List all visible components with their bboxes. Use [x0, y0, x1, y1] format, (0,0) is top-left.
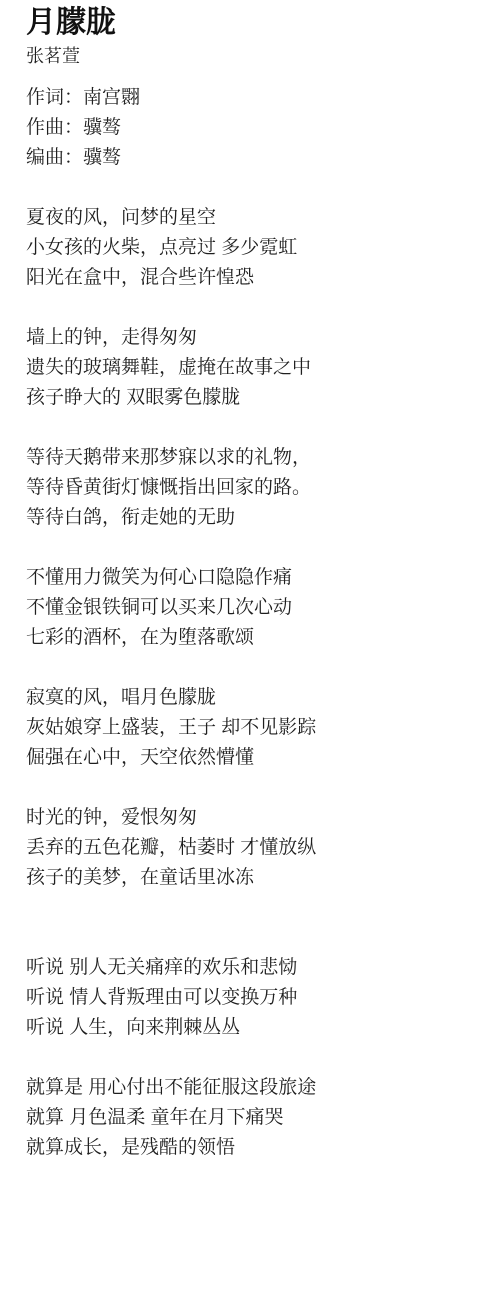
lyric-line: 等待白鸽，衔走她的无助 [26, 503, 480, 533]
verse-8: 就算是 用心付出不能征服这段旅途 就算 月色温柔 童年在月下痛哭 就算成长，是残… [26, 1073, 480, 1163]
lyric-line: 七彩的酒杯，在为堕落歌颂 [26, 623, 480, 653]
lyric-line: 孩子的美梦，在童话里冰冻 [26, 863, 480, 893]
lyric-line: 丢弃的五色花瓣，枯萎时 才懂放纵 [26, 833, 480, 863]
verse-4: 不懂用力微笑为何心口隐隐作痛 不懂金银铁铜可以买来几次心动 七彩的酒杯，在为堕落… [26, 563, 480, 653]
lyric-line: 不懂用力微笑为何心口隐隐作痛 [26, 563, 480, 593]
lyric-line: 墙上的钟，走得匆匆 [26, 323, 480, 353]
lyric-line: 就算是 用心付出不能征服这段旅途 [26, 1073, 480, 1103]
verse-5: 寂寞的风，唱月色朦胧 灰姑娘穿上盛装，王子 却不见影踪 倔强在心中，天空依然懵懂 [26, 683, 480, 773]
lyric-line: 不懂金银铁铜可以买来几次心动 [26, 593, 480, 623]
lyric-line: 等待天鹅带来那梦寐以求的礼物， [26, 443, 480, 473]
verse-2: 墙上的钟，走得匆匆 遗失的玻璃舞鞋，虚掩在故事之中 孩子睁大的 双眼雾色朦胧 [26, 323, 480, 413]
lyric-line: 等待昏黄街灯慷慨指出回家的路。 [26, 473, 480, 503]
lyric-line: 小女孩的火柴，点亮过 多少霓虹 [26, 233, 480, 263]
lyric-line: 灰姑娘穿上盛装，王子 却不见影踪 [26, 713, 480, 743]
lyric-line: 听说 人生，向来荆棘丛丛 [26, 1013, 480, 1043]
lyric-line: 遗失的玻璃舞鞋，虚掩在故事之中 [26, 353, 480, 383]
lyrics-page: 月朦胧 张茗萱 作词：南宫翾 作曲：骥骜 编曲：骥骜 夏夜的风，问梦的星空 小女… [0, 0, 500, 1163]
lyric-line: 阳光在盒中，混合些许惶恐 [26, 263, 480, 293]
verse-1: 夏夜的风，问梦的星空 小女孩的火柴，点亮过 多少霓虹 阳光在盒中，混合些许惶恐 [26, 203, 480, 293]
lyric-line: 就算成长，是残酷的领悟 [26, 1133, 480, 1163]
artist-name: 张茗萱 [26, 45, 480, 67]
verse-7: 听说 别人无关痛痒的欢乐和悲恸 听说 情人背叛理由可以变换万种 听说 人生，向来… [26, 953, 480, 1043]
lyric-line: 就算 月色温柔 童年在月下痛哭 [26, 1103, 480, 1133]
lyric-line: 孩子睁大的 双眼雾色朦胧 [26, 383, 480, 413]
song-title: 月朦胧 [26, 6, 480, 40]
lyric-line: 倔强在心中，天空依然懵懂 [26, 743, 480, 773]
lyric-line: 听说 别人无关痛痒的欢乐和悲恸 [26, 953, 480, 983]
credits-block: 作词：南宫翾 作曲：骥骜 编曲：骥骜 [26, 83, 480, 173]
credit-composer: 作曲：骥骜 [26, 113, 480, 143]
verse-6: 时光的钟，爱恨匆匆 丢弃的五色花瓣，枯萎时 才懂放纵 孩子的美梦，在童话里冰冻 [26, 803, 480, 893]
lyric-line: 听说 情人背叛理由可以变换万种 [26, 983, 480, 1013]
lyrics-body: 夏夜的风，问梦的星空 小女孩的火柴，点亮过 多少霓虹 阳光在盒中，混合些许惶恐 … [26, 203, 480, 1163]
lyric-line: 时光的钟，爱恨匆匆 [26, 803, 480, 833]
lyric-line: 寂寞的风，唱月色朦胧 [26, 683, 480, 713]
credit-lyricist: 作词：南宫翾 [26, 83, 480, 113]
verse-3: 等待天鹅带来那梦寐以求的礼物， 等待昏黄街灯慷慨指出回家的路。 等待白鸽，衔走她… [26, 443, 480, 533]
credit-arranger: 编曲：骥骜 [26, 143, 480, 173]
lyric-line: 夏夜的风，问梦的星空 [26, 203, 480, 233]
